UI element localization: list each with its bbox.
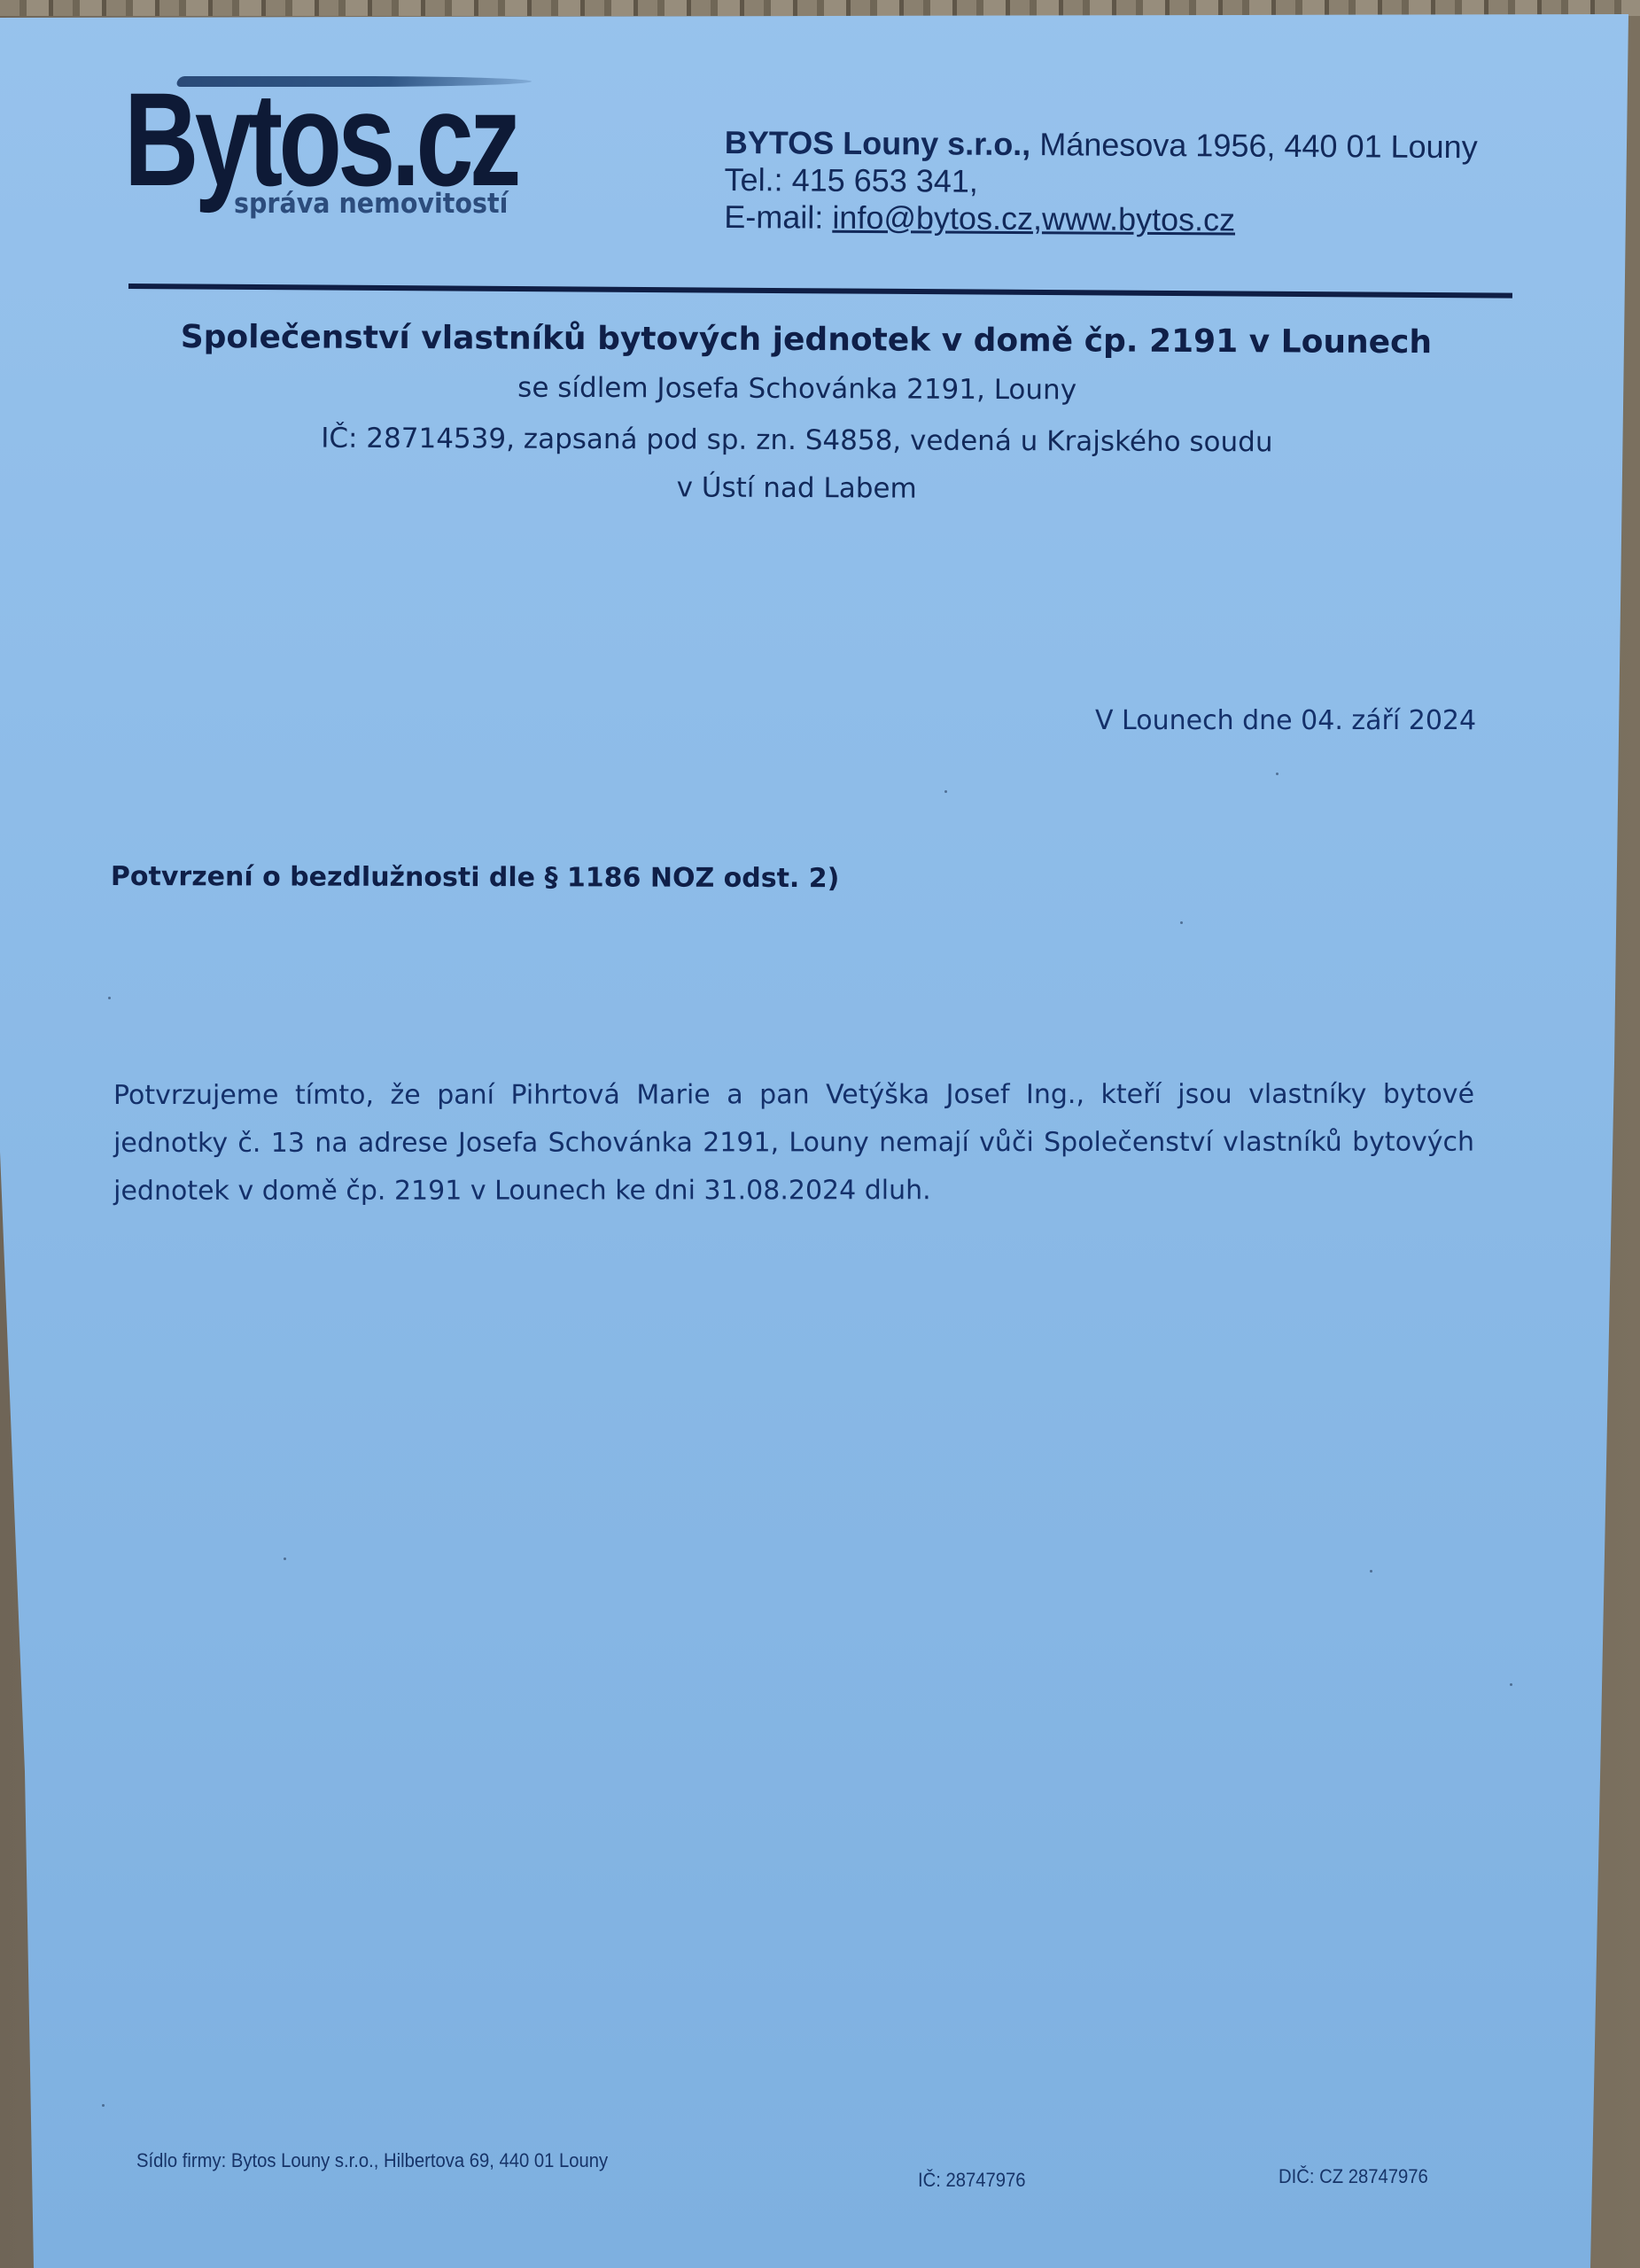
- paper-speck: [108, 997, 111, 999]
- paper-speck: [1276, 773, 1279, 775]
- footer-company-seat: Sídlo firmy: Bytos Louny s.r.o., Hilbert…: [136, 2149, 608, 2172]
- body-line: Potvrzujeme tímto, že paní Pihrtová Mari…: [113, 1071, 1474, 1120]
- email-link[interactable]: info@bytos.cz: [832, 199, 1033, 237]
- paper-speck: [1370, 1570, 1372, 1573]
- email-label: E-mail:: [724, 198, 823, 236]
- logo-tagline: správa nemovitostí: [234, 188, 508, 220]
- place-and-date: V Lounech dne 04. září 2024: [1095, 705, 1476, 736]
- company-contact-block: BYTOS Louny s.r.o., Mánesova 1956, 440 0…: [724, 124, 1478, 240]
- paper-speck: [1510, 1683, 1512, 1686]
- body-line: jednotek v domě čp. 2191 v Lounech ke dn…: [113, 1167, 1474, 1216]
- footer-dic: DIČ: CZ 28747976: [1279, 2165, 1428, 2188]
- wooden-surface: [0, 0, 1640, 16]
- association-registration: IČ: 28714539, zapsaná pod sp. zn. S4858,…: [141, 412, 1452, 469]
- company-address: Mánesova 1956, 440 01 Louny: [1030, 126, 1478, 165]
- association-header: Společenství vlastníků bytových jednotek…: [141, 316, 1453, 517]
- website-link[interactable]: www.bytos.cz: [1042, 200, 1235, 237]
- document-page: Bytos.cz správa nemovitostí BYTOS Louny …: [0, 0, 1640, 2268]
- company-phone-line: Tel.: 415 653 341,: [724, 161, 1477, 203]
- paper-speck: [102, 2104, 105, 2107]
- paper-speck: [1180, 921, 1183, 924]
- company-email-line: E-mail: info@bytos.cz,www.bytos.cz: [724, 198, 1477, 240]
- logo-wordmark: Bytos.cz: [124, 73, 517, 206]
- association-seat: se sídlem Josefa Schovánka 2191, Louny: [142, 361, 1453, 417]
- company-name: BYTOS Louny s.r.o.,: [725, 124, 1031, 162]
- document-subject: Potvrzení o bezdlužnosti dle § 1186 NOZ …: [111, 861, 840, 894]
- paper-speck: [284, 1557, 286, 1560]
- document-body: Potvrzujeme tímto, že paní Pihrtová Mari…: [113, 1071, 1474, 1216]
- phone-number: 415 653 341,: [792, 161, 978, 198]
- paper-speck: [944, 790, 947, 793]
- association-court: v Ústí nad Labem: [141, 460, 1452, 517]
- header-divider: [128, 283, 1512, 299]
- body-line: jednotky č. 13 na adrese Josefa Schovánk…: [113, 1119, 1474, 1168]
- association-title: Společenství vlastníků bytových jednotek…: [159, 316, 1453, 364]
- link-separator: ,: [1033, 200, 1042, 237]
- phone-label: Tel.:: [724, 161, 782, 198]
- footer-ic: IČ: 28747976: [918, 2169, 1026, 2192]
- bytos-logo: Bytos.cz správa nemovitostí: [124, 64, 532, 232]
- company-address-line: BYTOS Louny s.r.o., Mánesova 1956, 440 0…: [725, 124, 1478, 166]
